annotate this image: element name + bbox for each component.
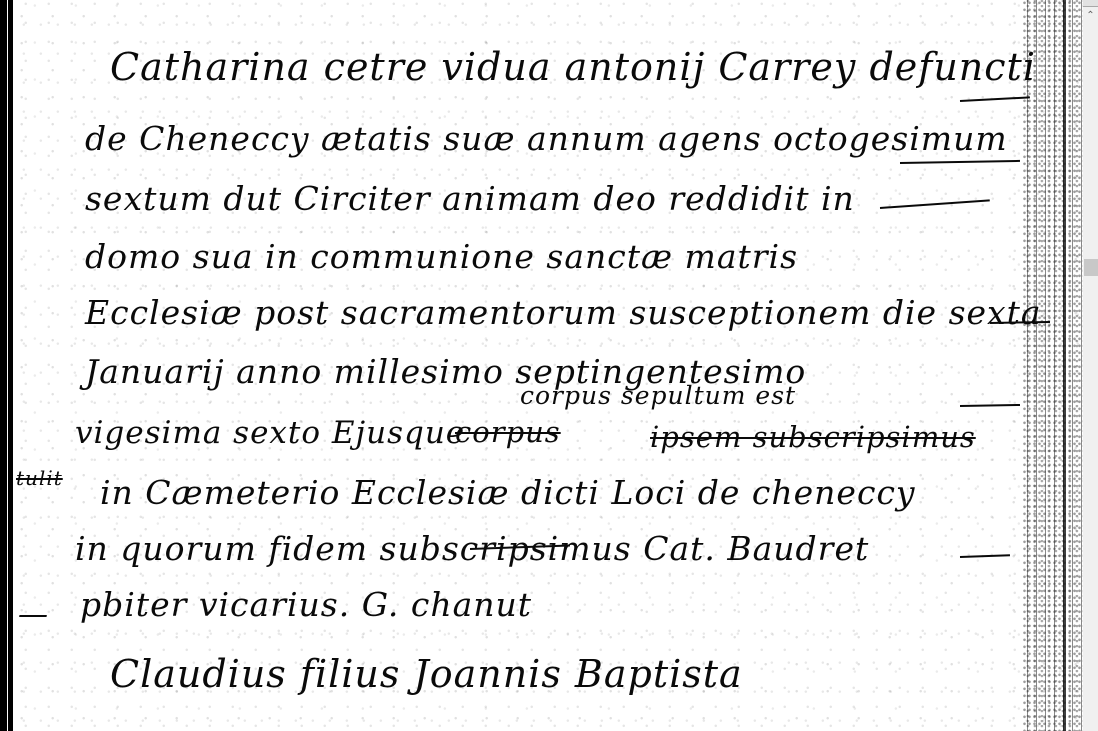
handwritten-line: domo sua in communione sanctæ matris	[85, 240, 798, 273]
pen-stroke	[960, 554, 1010, 558]
scrollbar-thumb[interactable]	[1084, 259, 1098, 276]
handwritten-line: pbiter vicarius. G. chanut	[80, 588, 532, 621]
handwritten-line: vigesima sexto Ejusque	[75, 418, 465, 449]
scrollbar-top-border	[1083, 0, 1098, 7]
margin-dash-mark: —	[18, 600, 49, 630]
scan-left-border	[0, 0, 13, 731]
scan-right-edge	[1023, 0, 1083, 731]
struck-through-text: corpus	[455, 418, 561, 447]
vertical-scrollbar[interactable]: ⌃	[1083, 0, 1098, 731]
handwritten-line: Claudius filius Joannis Baptista	[110, 655, 743, 693]
handwritten-line: Catharina cetre vidua antonij Carrey def…	[110, 48, 1036, 86]
handwritten-line: in Cæmeterio Ecclesiæ dicti Loci de chen…	[100, 476, 916, 509]
scroll-up-arrow-icon[interactable]: ⌃	[1083, 7, 1098, 24]
image-viewer: Catharina cetre vidua antonij Carrey def…	[0, 0, 1098, 731]
struck-through-text: ipsem subscripsimus	[650, 423, 976, 452]
margin-struck-note: tulit	[16, 468, 63, 488]
scan-right-fold-line	[1063, 0, 1066, 731]
pen-stroke	[960, 96, 1030, 102]
handwritten-line: Ecclesiæ post sacramentorum susceptionem…	[85, 296, 1042, 329]
handwritten-line: de Cheneccy ætatis suæ annum agens octog…	[85, 122, 1008, 155]
handwritten-line: sextum dut Circiter animam deo reddidit …	[85, 182, 855, 215]
pen-stroke	[960, 404, 1020, 407]
interlinear-insertion: corpus sepultum est	[520, 383, 796, 408]
pen-stroke	[900, 160, 1020, 164]
scanned-document-page: Catharina cetre vidua antonij Carrey def…	[0, 0, 1083, 731]
pen-stroke	[880, 199, 990, 209]
